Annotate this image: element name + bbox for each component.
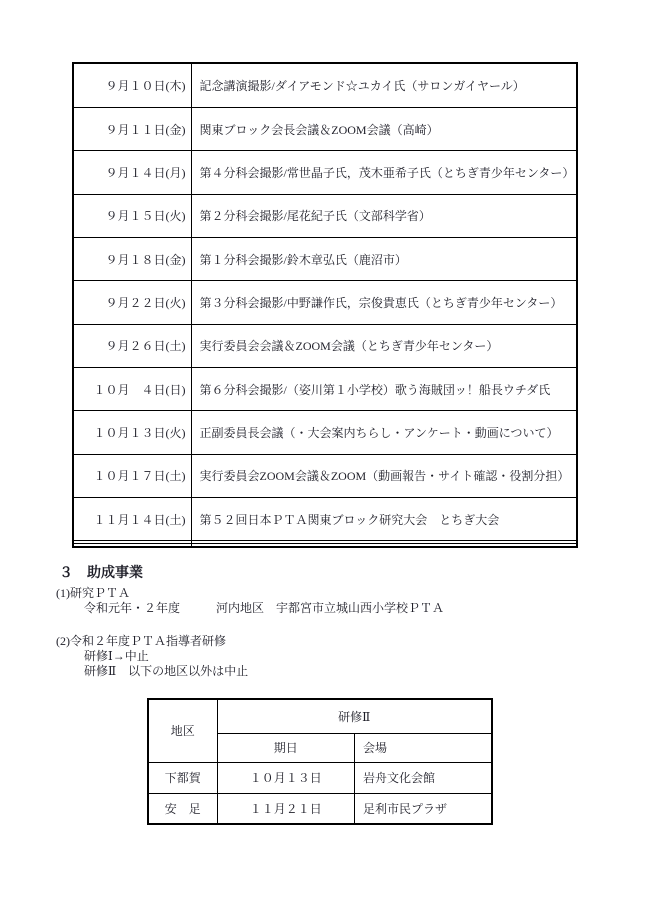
schedule-event-cell: 関東ブロック会長会議＆ZOOM会議（高崎） [191,108,577,151]
training-table: 地区 研修Ⅱ 期日 会場 下都賀 １０月１３日 岩舟文化会館 安 足 １１月２１… [147,698,493,825]
table-row: ９月１４日(月) 第４分科会撮影/常世晶子氏，茂木亜希子氏（とちぎ青少年センター… [73,151,577,194]
table-row: ９月２２日(火) 第３分科会撮影/中野謙作氏，宗俊貴恵氏（とちぎ青少年センター） [73,281,577,324]
subsidy-section-heading: ３ 助成事業 [59,565,143,582]
document-page: ９月１０日(木) 記念講演撮影/ダイアモンド☆ユカイ氏（サロンガイヤール） ９月… [0,0,645,912]
schedule-event-cell: 第２分科会撮影/尾花紀子氏（文部科学省） [191,194,577,237]
research-pta-detail: 令和元年・２年度 河内地区 宇都宮市立城山西小学校ＰＴＡ [84,600,444,616]
venue-cell: 足利市民プラザ [355,793,493,824]
schedule-date-cell: ９月２２日(火) [73,281,191,324]
leader-training-title: (2)令和２年度ＰＴＡ指導者研修 [56,633,226,649]
program-header-cell: 研修Ⅱ [217,699,492,733]
schedule-event-cell: 正副委員長会議（・大会案内ちらし・アンケート・動画について） [191,411,577,454]
table-row: １０月１７日(土) 実行委員会ZOOM会議＆ZOOM（動画報告・サイト確認・役割… [73,454,577,497]
schedule-event-cell: 第３分科会撮影/中野謙作氏，宗俊貴恵氏（とちぎ青少年センター） [191,281,577,324]
table-row-empty [73,543,577,547]
district-cell: 下都賀 [148,762,217,793]
schedule-date-cell [73,543,191,547]
table-row: 下都賀 １０月１３日 岩舟文化会館 [148,762,492,793]
date-cell: １１月２１日 [217,793,355,824]
schedule-event-cell: 第６分科会撮影/（姿川第１小学校）歌う海賊団ッ！船長ウチダ氏 [191,368,577,411]
schedule-event-cell [191,543,577,547]
schedule-event-cell: 実行委員会ZOOM会議＆ZOOM（動画報告・サイト確認・役割分担） [191,454,577,497]
table-row: ９月１１日(金) 関東ブロック会長会議＆ZOOM会議（高崎） [73,108,577,151]
schedule-date-cell: １０月１３日(火) [73,411,191,454]
research-pta-title: (1)研究ＰＴＡ [56,585,130,601]
venue-cell: 岩舟文化会館 [355,762,493,793]
table-row: ９月２６日(土) 実行委員会会議＆ZOOM会議（とちぎ青少年センター） [73,324,577,367]
schedule-date-cell: １０月 ４日(日) [73,368,191,411]
district-header-cell: 地区 [148,699,217,762]
date-cell: １０月１３日 [217,762,355,793]
schedule-date-cell: ９月２６日(土) [73,324,191,367]
venue-header-cell: 会場 [355,733,493,762]
district-cell: 安 足 [148,793,217,824]
table-row: ９月１８日(金) 第１分科会撮影/鈴木章弘氏（鹿沼市） [73,238,577,281]
schedule-event-cell: 記念講演撮影/ダイアモンド☆ユカイ氏（サロンガイヤール） [191,63,577,108]
schedule-date-cell: ９月１０日(木) [73,63,191,108]
schedule-event-cell: 第４分科会撮影/常世晶子氏，茂木亜希子氏（とちぎ青少年センター） [191,151,577,194]
table-row: ９月１５日(火) 第２分科会撮影/尾花紀子氏（文部科学省） [73,194,577,237]
table-row: １０月１３日(火) 正副委員長会議（・大会案内ちらし・アンケート・動画について） [73,411,577,454]
training-header-row: 地区 研修Ⅱ [148,699,492,733]
schedule-event-cell: 第１分科会撮影/鈴木章弘氏（鹿沼市） [191,238,577,281]
schedule-date-cell: ９月１４日(月) [73,151,191,194]
training2-status: 研修Ⅱ 以下の地区以外は中止 [84,663,248,679]
table-row: １１月１４日(土) 第５２回日本ＰＴＡ関東ブロック研究大会 とちぎ大会 [73,498,577,541]
table-row: １０月 ４日(日) 第６分科会撮影/（姿川第１小学校）歌う海賊団ッ！船長ウチダ氏 [73,368,577,411]
schedule-table: ９月１０日(木) 記念講演撮影/ダイアモンド☆ユカイ氏（サロンガイヤール） ９月… [72,62,578,548]
table-row: 安 足 １１月２１日 足利市民プラザ [148,793,492,824]
schedule-date-cell: １１月１４日(土) [73,498,191,541]
schedule-event-cell: 第５２回日本ＰＴＡ関東ブロック研究大会 とちぎ大会 [191,498,577,541]
schedule-table-body: ９月１０日(木) 記念講演撮影/ダイアモンド☆ユカイ氏（サロンガイヤール） ９月… [73,63,577,547]
training-table-body: 地区 研修Ⅱ 期日 会場 下都賀 １０月１３日 岩舟文化会館 安 足 １１月２１… [148,699,492,824]
schedule-date-cell: １０月１７日(土) [73,454,191,497]
table-row: ９月１０日(木) 記念講演撮影/ダイアモンド☆ユカイ氏（サロンガイヤール） [73,63,577,108]
schedule-event-cell: 実行委員会会議＆ZOOM会議（とちぎ青少年センター） [191,324,577,367]
date-header-cell: 期日 [217,733,355,762]
schedule-date-cell: ９月１１日(金) [73,108,191,151]
training1-status: 研修Ⅰ→中止 [84,648,149,664]
schedule-date-cell: ９月１８日(金) [73,238,191,281]
schedule-date-cell: ９月１５日(火) [73,194,191,237]
